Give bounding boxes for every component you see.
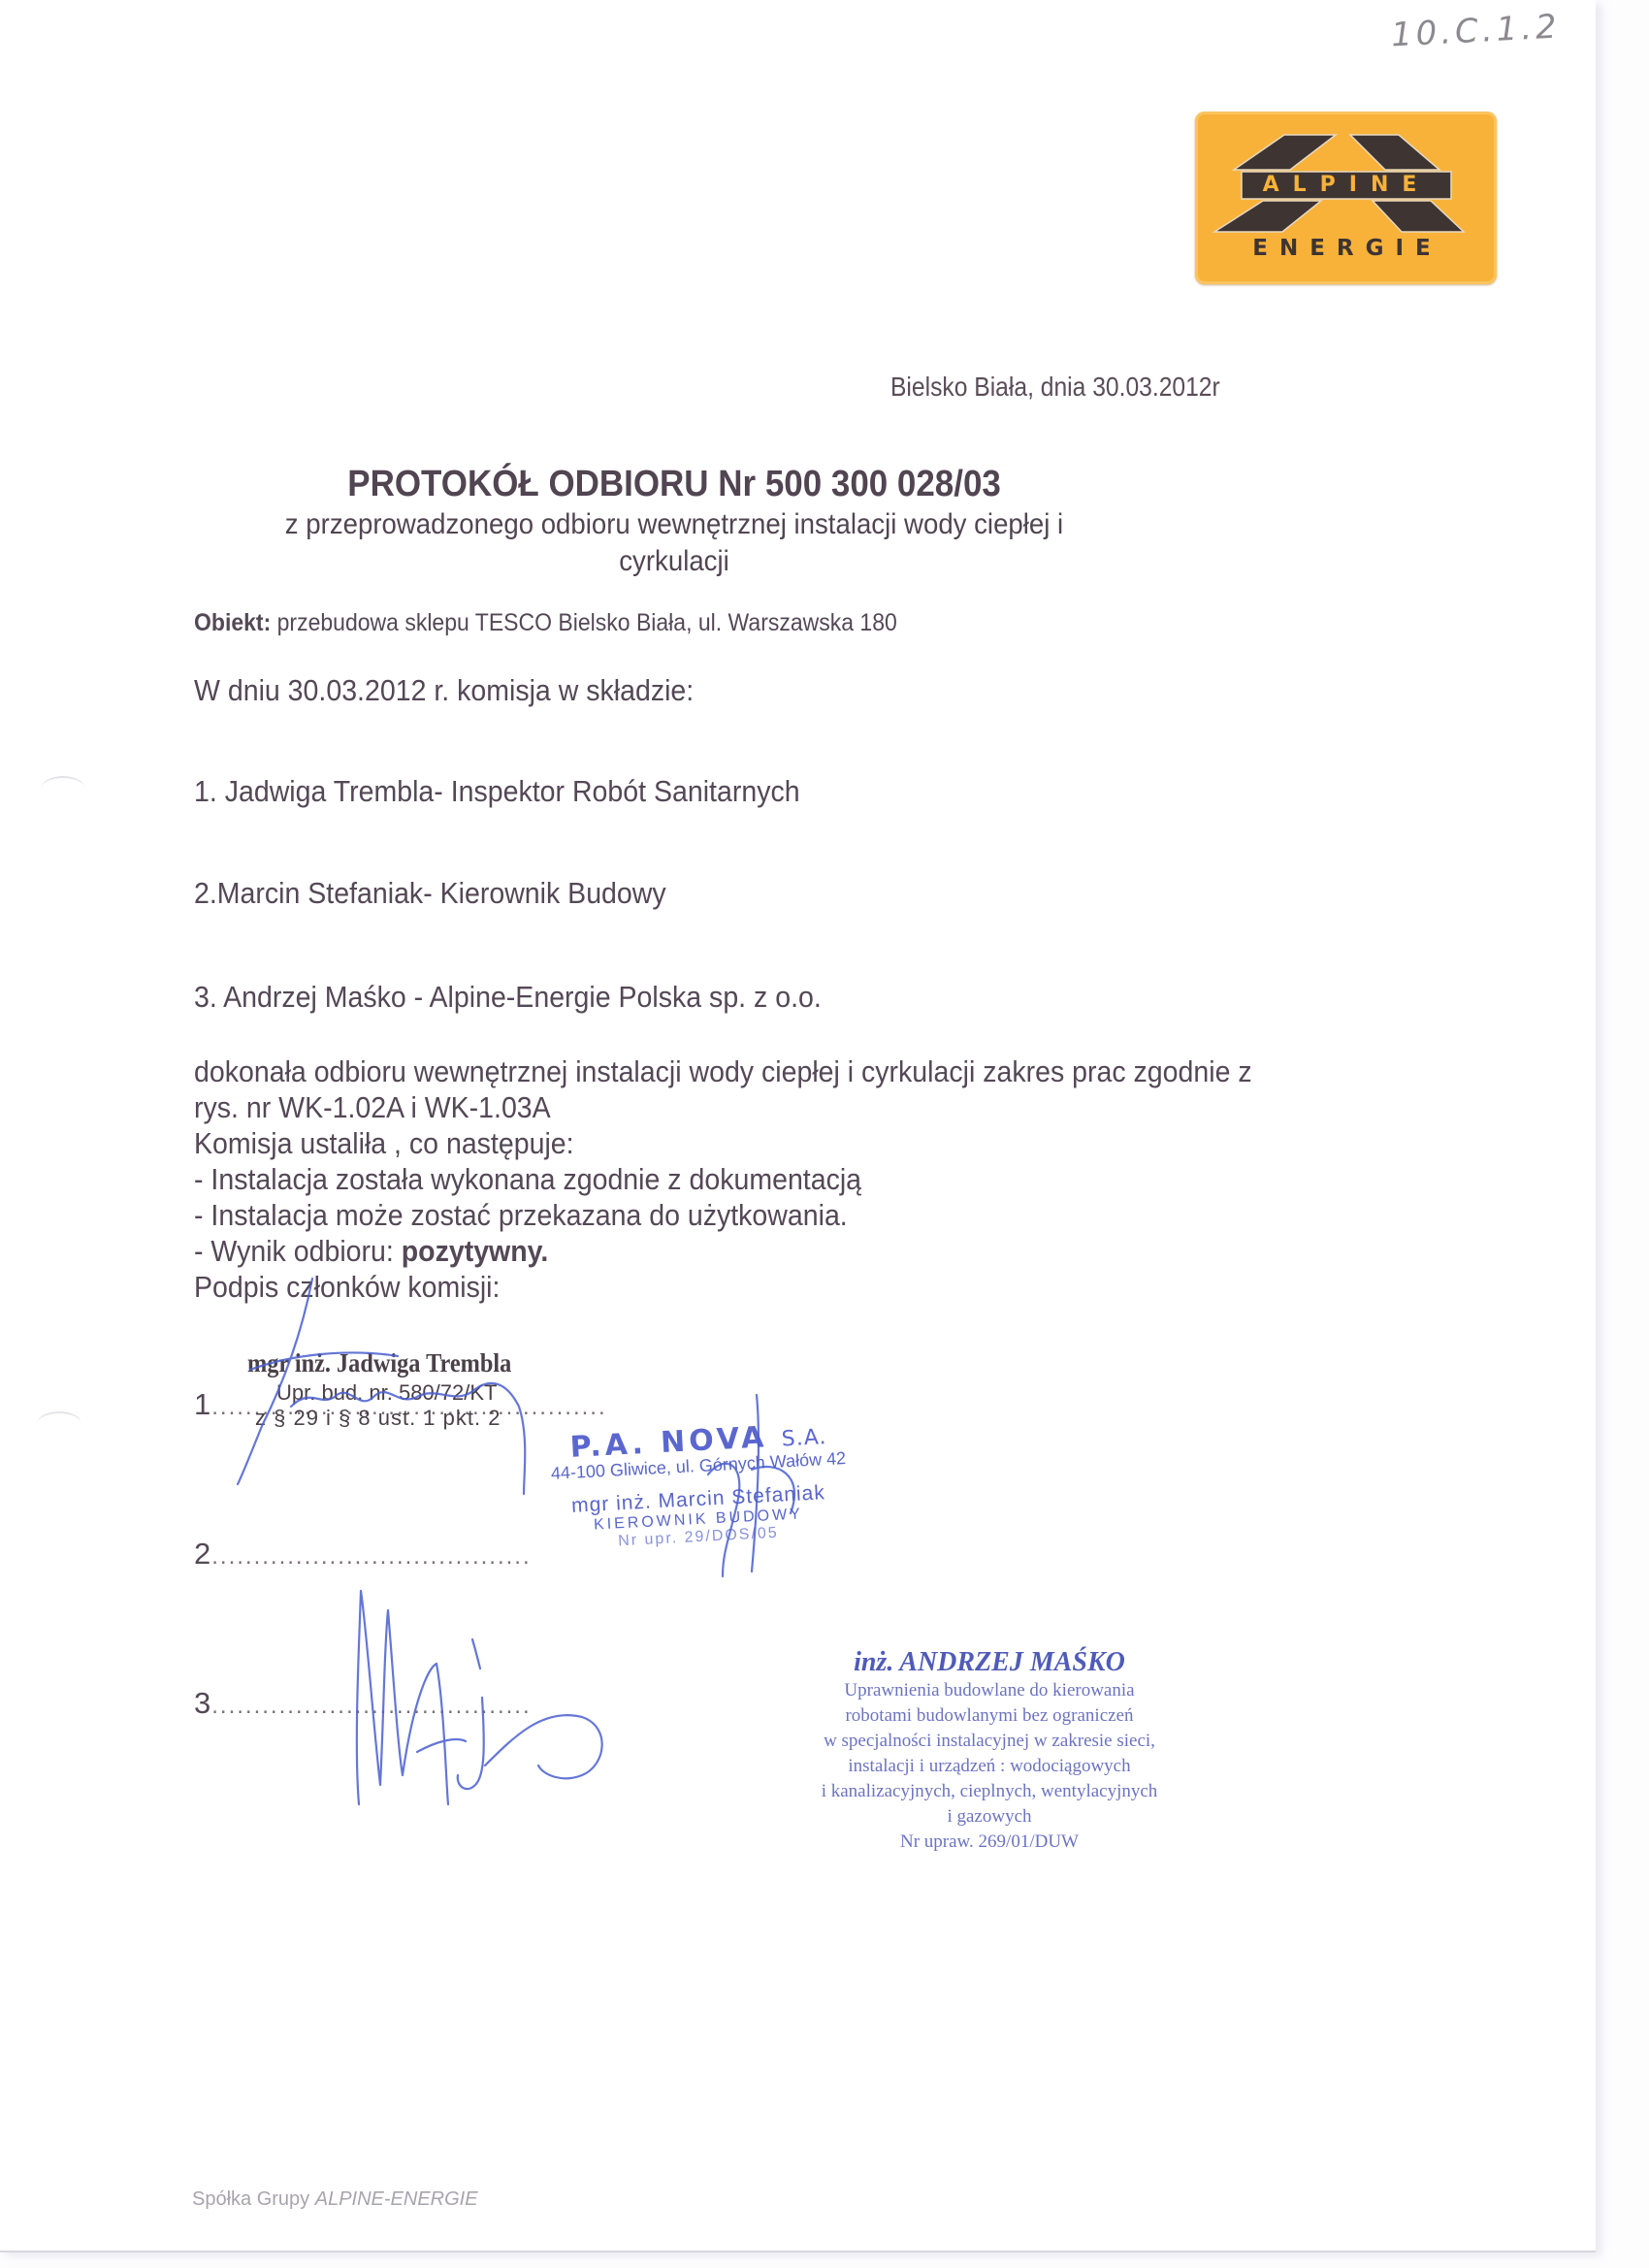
document-title: PROTOKÓŁ ODBIORU Nr 500 300 028/03 bbox=[347, 464, 1001, 505]
signature-number: 3 bbox=[194, 1686, 211, 1720]
footer-prefix: Spółka Grupy bbox=[192, 2188, 315, 2210]
stamp-company-suffix: S.A. bbox=[781, 1425, 827, 1451]
result-value: pozytywny. bbox=[402, 1234, 549, 1268]
signature-number: 1 bbox=[194, 1387, 211, 1421]
alpine-energie-logo: ALPINE ENERGIE bbox=[1195, 112, 1497, 284]
stamp-line: i kanalizacyjnych, cieplnych, wentylacyj… bbox=[766, 1779, 1212, 1804]
commission-member: 3. Andrzej Maśko - Alpine-Energie Polska… bbox=[194, 980, 822, 1015]
title-block: PROTOKÓŁ ODBIORU Nr 500 300 028/03 z prz… bbox=[165, 464, 1183, 579]
commission-intro: W dniu 30.03.2012 r. komisja w składzie: bbox=[194, 673, 694, 708]
stamp-jadwiga-trembla: mgr inż. Jadwiga Trembla Upr. bud. nr. 5… bbox=[247, 1348, 541, 1431]
body-line: rys. nr WK-1.02A i WK-1.03A bbox=[194, 1089, 1381, 1125]
stamp-pa-nova: P.A. NOVA S.A. 44-100 Gliwice, ul. Górny… bbox=[514, 1424, 883, 1546]
signature-dots: ...................................... bbox=[211, 1543, 531, 1570]
protocol-body: dokonała odbioru wewnętrznej instalacji … bbox=[194, 1053, 1484, 1305]
punch-hole-mark bbox=[37, 1411, 81, 1437]
footer: Spółka Grupy ALPINE-ENERGIE bbox=[192, 2188, 478, 2211]
logo-energie-text: ENERGIE bbox=[1234, 236, 1461, 261]
document-subtitle-line-1: z przeprowadzonego odbioru wewnętrznej i… bbox=[206, 507, 1143, 542]
punch-hole-mark bbox=[41, 776, 85, 801]
commission-member: 1. Jadwiga Trembla- Inspektor Robót Sani… bbox=[194, 774, 800, 809]
signature-line-3: 3...................................... bbox=[194, 1686, 532, 1721]
place-and-date: Bielsko Biała, dnia 30.03.2012r bbox=[890, 372, 1220, 403]
stamp-name: mgr inż. Jadwiga Trembla bbox=[247, 1348, 511, 1378]
stamp-line: Nr upraw. 269/01/DUW bbox=[766, 1830, 1212, 1855]
document-page: 10.C.1.2 ALPINE ENERGIE Bielsko Biała, d… bbox=[0, 0, 1596, 2252]
result-line: - Wynik odbioru: pozytywny. bbox=[194, 1233, 1381, 1269]
stamp-line: robotami budowlanymi bez ograniczeń bbox=[766, 1703, 1212, 1729]
footer-brand: ALPINE-ENERGIE bbox=[315, 2188, 478, 2210]
logo-alpine-text: ALPINE bbox=[1245, 174, 1447, 197]
stamp-andrzej-masko: inż. ANDRZEJ MAŚKO Uprawnienia budowlane… bbox=[766, 1647, 1212, 1855]
body-line: - Instalacja została wykonana zgodnie z … bbox=[194, 1161, 1381, 1197]
result-label: - Wynik odbioru: bbox=[194, 1234, 402, 1268]
handwritten-reference-note: 10.C.1.2 bbox=[1390, 7, 1562, 54]
stamp-name: inż. ANDRZEJ MAŚKO bbox=[766, 1647, 1212, 1678]
stamp-line: Uprawnienia budowlane do kierowania bbox=[766, 1678, 1212, 1703]
body-line: - Instalacja może zostać przekazana do u… bbox=[194, 1197, 1381, 1233]
signatures-label: Podpis członków komisji: bbox=[194, 1269, 1381, 1305]
object-value: przebudowa sklepu TESCO Bielsko Biała, u… bbox=[271, 609, 897, 636]
stamp-legal-basis: z § 29 i § 8 ust. 1 pkt. 2 bbox=[255, 1406, 541, 1431]
stamp-line: instalacji i urządzeń : wodociągowych bbox=[766, 1754, 1212, 1779]
document-subtitle-line-2: cyrkulacji bbox=[206, 544, 1143, 579]
object-label: Obiekt: bbox=[194, 609, 271, 636]
stamp-line: w specjalności instalacyjnej w zakresie … bbox=[766, 1729, 1212, 1754]
stamp-license: Upr. bud. nr. 580/72/KT bbox=[276, 1380, 541, 1406]
body-line: Komisja ustaliła , co następuje: bbox=[194, 1125, 1381, 1161]
signature-number: 2 bbox=[194, 1537, 211, 1571]
object-line: Obiekt: przebudowa sklepu TESCO Bielsko … bbox=[194, 609, 897, 637]
commission-member: 2.Marcin Stefaniak- Kierownik Budowy bbox=[194, 876, 666, 911]
signature-dots: ...................................... bbox=[211, 1693, 531, 1719]
stamp-line: i gazowych bbox=[766, 1804, 1212, 1830]
signature-line-2: 2...................................... bbox=[194, 1537, 532, 1571]
body-line: dokonała odbioru wewnętrznej instalacji … bbox=[194, 1053, 1381, 1089]
